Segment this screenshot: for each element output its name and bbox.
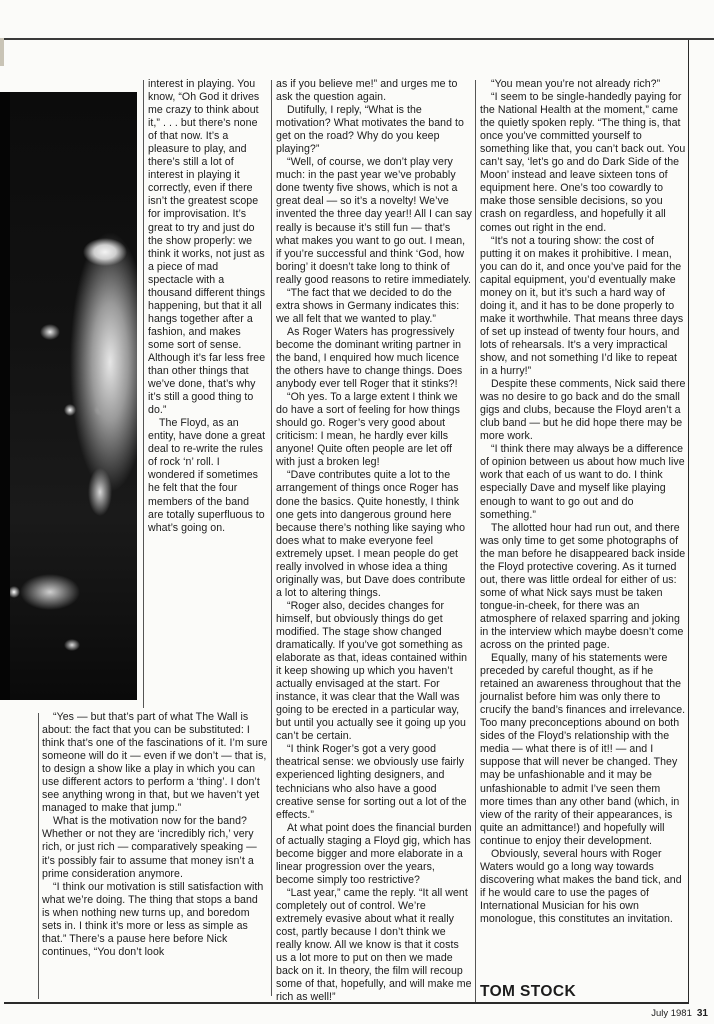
paragraph: At what point does the financial burden …: [276, 822, 472, 887]
paragraph: “Last year,” came the reply. “It all wen…: [276, 887, 472, 1004]
paragraph: What is the motivation now for the band?…: [42, 815, 268, 880]
paragraph: “The fact that we decided to do the extr…: [276, 287, 472, 326]
paragraph: “Oh yes. To a large extent I think we do…: [276, 391, 472, 469]
page-footer: July 198131: [651, 1008, 708, 1019]
paragraph: The allotted hour had run out, and there…: [480, 522, 686, 652]
photo-edge: [0, 92, 10, 700]
issue-date: July 1981: [651, 1008, 692, 1019]
paragraph: “Dave contributes quite a lot to the arr…: [276, 469, 472, 599]
paragraph: Dutifully, I reply, “What is the motivat…: [276, 104, 472, 156]
paragraph: “You mean you’re not already rich?”: [480, 78, 686, 91]
article-column-3: “You mean you’re not already rich?” “I s…: [480, 78, 686, 926]
paragraph: “I think our motivation is still satisfa…: [42, 881, 268, 959]
paragraph: “It’s not a touring show: the cost of pu…: [480, 235, 686, 379]
column-rule: [475, 80, 476, 1002]
article-column-2: as if you believe me!” and urges me to a…: [276, 78, 472, 1004]
concert-photo: [0, 92, 137, 700]
column-rule: [143, 80, 144, 708]
author-byline: TOM STOCK: [480, 983, 576, 1001]
paragraph: The Floyd, as an entity, have done a gre…: [148, 417, 266, 534]
page-number: 31: [697, 1008, 708, 1019]
paragraph: “I think Roger’s got a very good theatri…: [276, 743, 472, 821]
paragraph: “Yes — but that’s part of what The Wall …: [42, 711, 268, 815]
paragraph: Obviously, several hours with Roger Wate…: [480, 848, 686, 926]
column-rule: [38, 713, 39, 999]
paragraph: interest in playing. You know, “Oh God i…: [148, 78, 266, 417]
paragraph: “Roger also, decides changes for himself…: [276, 600, 472, 744]
paragraph: “I think there may always be a differenc…: [480, 443, 686, 521]
paragraph: “Well, of course, we don’t play very muc…: [276, 156, 472, 286]
paragraph: “I seem to be single-handedly paying for…: [480, 91, 686, 235]
article-column-1-top: interest in playing. You know, “Oh God i…: [148, 78, 266, 535]
column-rule: [271, 80, 272, 996]
paragraph: Despite these comments, Nick said there …: [480, 378, 686, 443]
paragraph: Equally, many of his statements were pre…: [480, 652, 686, 848]
paragraph: As Roger Waters has progressively become…: [276, 326, 472, 391]
article-column-1-bottom: “Yes — but that’s part of what The Wall …: [42, 711, 268, 959]
paragraph: as if you believe me!” and urges me to a…: [276, 78, 472, 104]
